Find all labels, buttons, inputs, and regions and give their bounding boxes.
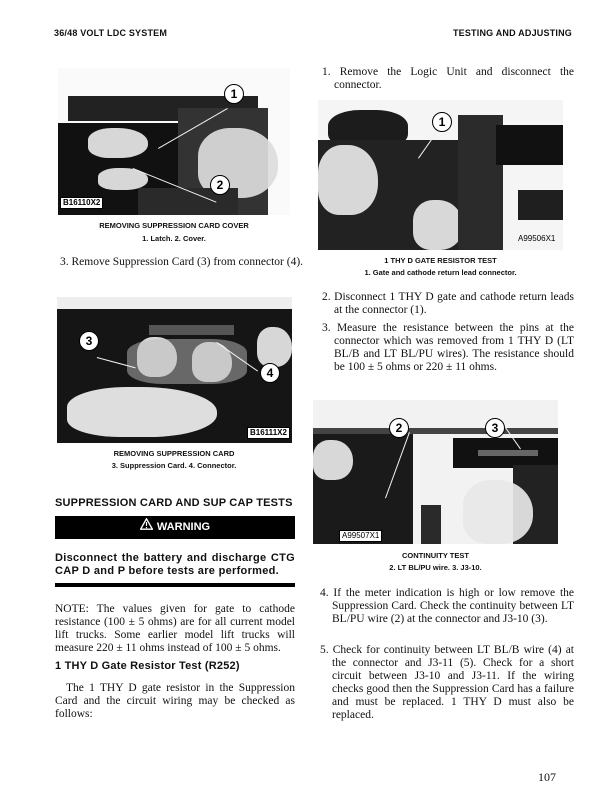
warning-bottom-rule — [55, 583, 295, 587]
header-left-title: 36/48 VOLT LDC SYSTEM — [54, 28, 167, 38]
step-2-disconnect-leads: 2. Disconnect 1 THY D gate and cathode r… — [322, 291, 574, 317]
figure-title: 1 THY D GATE RESISTOR TEST — [318, 256, 563, 265]
warning-label: WARNING — [157, 521, 210, 533]
step-5-check-short-circuit: 5. Check for continuity between LT BL/B … — [320, 644, 574, 722]
section-title: SUPPRESSION CARD AND SUP CAP TESTS — [55, 497, 293, 509]
figure-id-label: B16111X2 — [247, 427, 290, 439]
callout-3: 3 — [79, 331, 99, 351]
step-1-remove-logic-unit: 1. Remove the Logic Unit and disconnect … — [322, 66, 574, 92]
figure-caption: 1. Latch. 2. Cover. — [54, 234, 294, 243]
figure-removing-suppression-card-cover: 1 2 B16110X2 — [58, 68, 290, 215]
figure-caption: 1. Gate and cathode return lead connecto… — [318, 268, 563, 277]
step-3-measure-resistance: 3. Measure the resistance between the pi… — [322, 322, 574, 374]
step-3-remove-card: 3. Remove Suppression Card (3) from conn… — [60, 256, 308, 269]
page-number: 107 — [538, 770, 556, 785]
figure-id-label: A99507X1 — [339, 530, 382, 542]
figure-thy-d-gate-resistor-test: 1 A99506X1 — [318, 100, 563, 250]
figure-id-label: A99506X1 — [516, 234, 557, 244]
warning-triangle-icon — [140, 516, 153, 539]
warning-banner: WARNING — [55, 516, 295, 539]
callout-3: 3 — [485, 418, 505, 438]
figure-continuity-test: 2 3 A99507X1 — [313, 400, 558, 544]
callout-2: 2 — [210, 175, 230, 195]
note-paragraph: NOTE: The values given for gate to catho… — [55, 603, 295, 655]
callout-1: 1 — [224, 84, 244, 104]
figure-id-label: B16110X2 — [60, 197, 103, 209]
figure-caption: 3. Suppression Card. 4. Connector. — [54, 461, 294, 470]
figure-title: REMOVING SUPPRESSION CARD COVER — [54, 221, 294, 230]
intro-paragraph: The 1 THY D gate resistor in the Suppres… — [55, 682, 295, 721]
callout-2: 2 — [389, 418, 409, 438]
subsection-title: 1 THY D Gate Resistor Test (R252) — [55, 660, 240, 672]
warning-text: Disconnect the battery and discharge CTG… — [55, 552, 295, 578]
figure-title: CONTINUITY TEST — [313, 551, 558, 560]
callout-4: 4 — [260, 363, 280, 383]
step-4-check-continuity: 4. If the meter indication is high or lo… — [320, 587, 574, 626]
figure-caption: 2. LT BL/PU wire. 3. J3-10. — [313, 563, 558, 572]
callout-1: 1 — [432, 112, 452, 132]
figure-title: REMOVING SUPPRESSION CARD — [54, 449, 294, 458]
figure-removing-suppression-card: 3 4 B16111X2 — [57, 297, 292, 443]
header-right-title: TESTING AND ADJUSTING — [453, 28, 572, 38]
